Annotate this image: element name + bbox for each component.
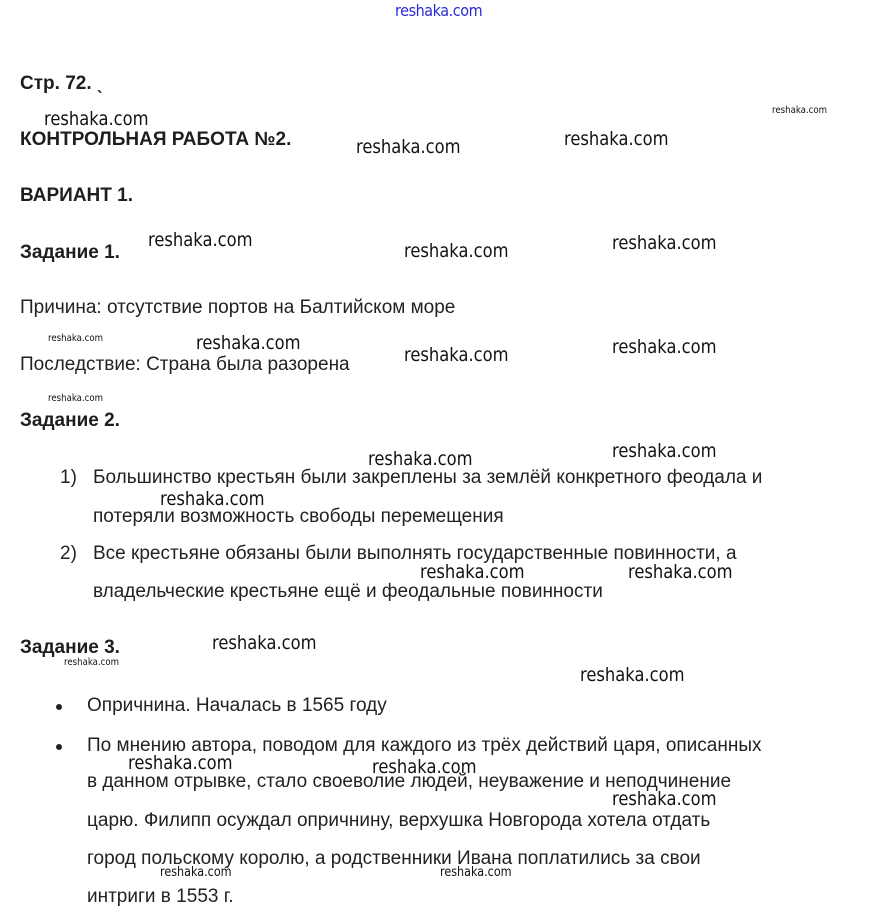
watermark: reshaka.com — [64, 657, 119, 668]
watermark: reshaka.com — [372, 756, 477, 778]
watermark: reshaka.com — [440, 865, 512, 880]
watermark: reshaka.com — [772, 105, 827, 116]
watermark: reshaka.com — [148, 229, 253, 251]
watermark: reshaka.com — [212, 632, 317, 654]
watermark: reshaka.com — [48, 333, 103, 344]
task-1-consequence: Последствие: Страна была разорена — [20, 354, 350, 376]
watermark: reshaka.com — [44, 108, 149, 130]
task-3-bullet-2-line-5: интриги в 1553 г. — [87, 886, 234, 908]
site-link[interactable]: reshaka.com — [395, 1, 482, 20]
watermark: reshaka.com — [564, 128, 669, 150]
document-title: КОНТРОЛЬНАЯ РАБОТА №2. — [20, 129, 291, 151]
watermark: reshaka.com — [356, 136, 461, 158]
watermark: reshaka.com — [612, 440, 717, 462]
task-3-bullet-2-line-3: царю. Филипп осуждал опричнину, верхушка… — [87, 810, 710, 832]
task-1-cause: Причина: отсутствие портов на Балтийском… — [20, 297, 455, 319]
task-2-item-1-line-1: Большинство крестьян были закреплены за … — [93, 467, 762, 489]
bullet-icon — [56, 744, 62, 750]
watermark: reshaka.com — [612, 336, 717, 358]
watermark: reshaka.com — [404, 240, 509, 262]
watermark: reshaka.com — [404, 344, 509, 366]
watermark: reshaka.com — [612, 232, 717, 254]
page-ref-mark: ˎ — [97, 73, 103, 94]
task-3-bullet-1: Опричнина. Началась в 1565 году — [87, 695, 387, 717]
watermark: reshaka.com — [628, 561, 733, 583]
watermark: reshaka.com — [160, 865, 232, 880]
task-2-item-2-line-2: владельческие крестьяне ещё и феодальные… — [93, 581, 603, 603]
task-2-item-1-line-2: потеряли возможность свободы перемещения — [93, 506, 504, 528]
watermark: reshaka.com — [612, 788, 717, 810]
watermark: reshaka.com — [160, 488, 265, 510]
list-marker: 1) — [60, 467, 77, 489]
watermark: reshaka.com — [368, 448, 473, 470]
watermark: reshaka.com — [48, 393, 103, 404]
variant-heading: ВАРИАНТ 1. — [20, 185, 133, 207]
task-3-heading: Задание 3. — [20, 637, 120, 659]
page-ref-text: Стр. 72. — [20, 73, 92, 94]
watermark: reshaka.com — [128, 752, 233, 774]
watermark: reshaka.com — [580, 664, 685, 686]
watermark: reshaka.com — [196, 332, 301, 354]
task-2-heading: Задание 2. — [20, 410, 120, 432]
bullet-icon — [56, 704, 62, 710]
list-marker: 2) — [60, 543, 77, 565]
page-reference: Стр. 72. ˎ — [20, 73, 103, 95]
task-1-heading: Задание 1. — [20, 242, 120, 264]
watermark: reshaka.com — [420, 561, 525, 583]
